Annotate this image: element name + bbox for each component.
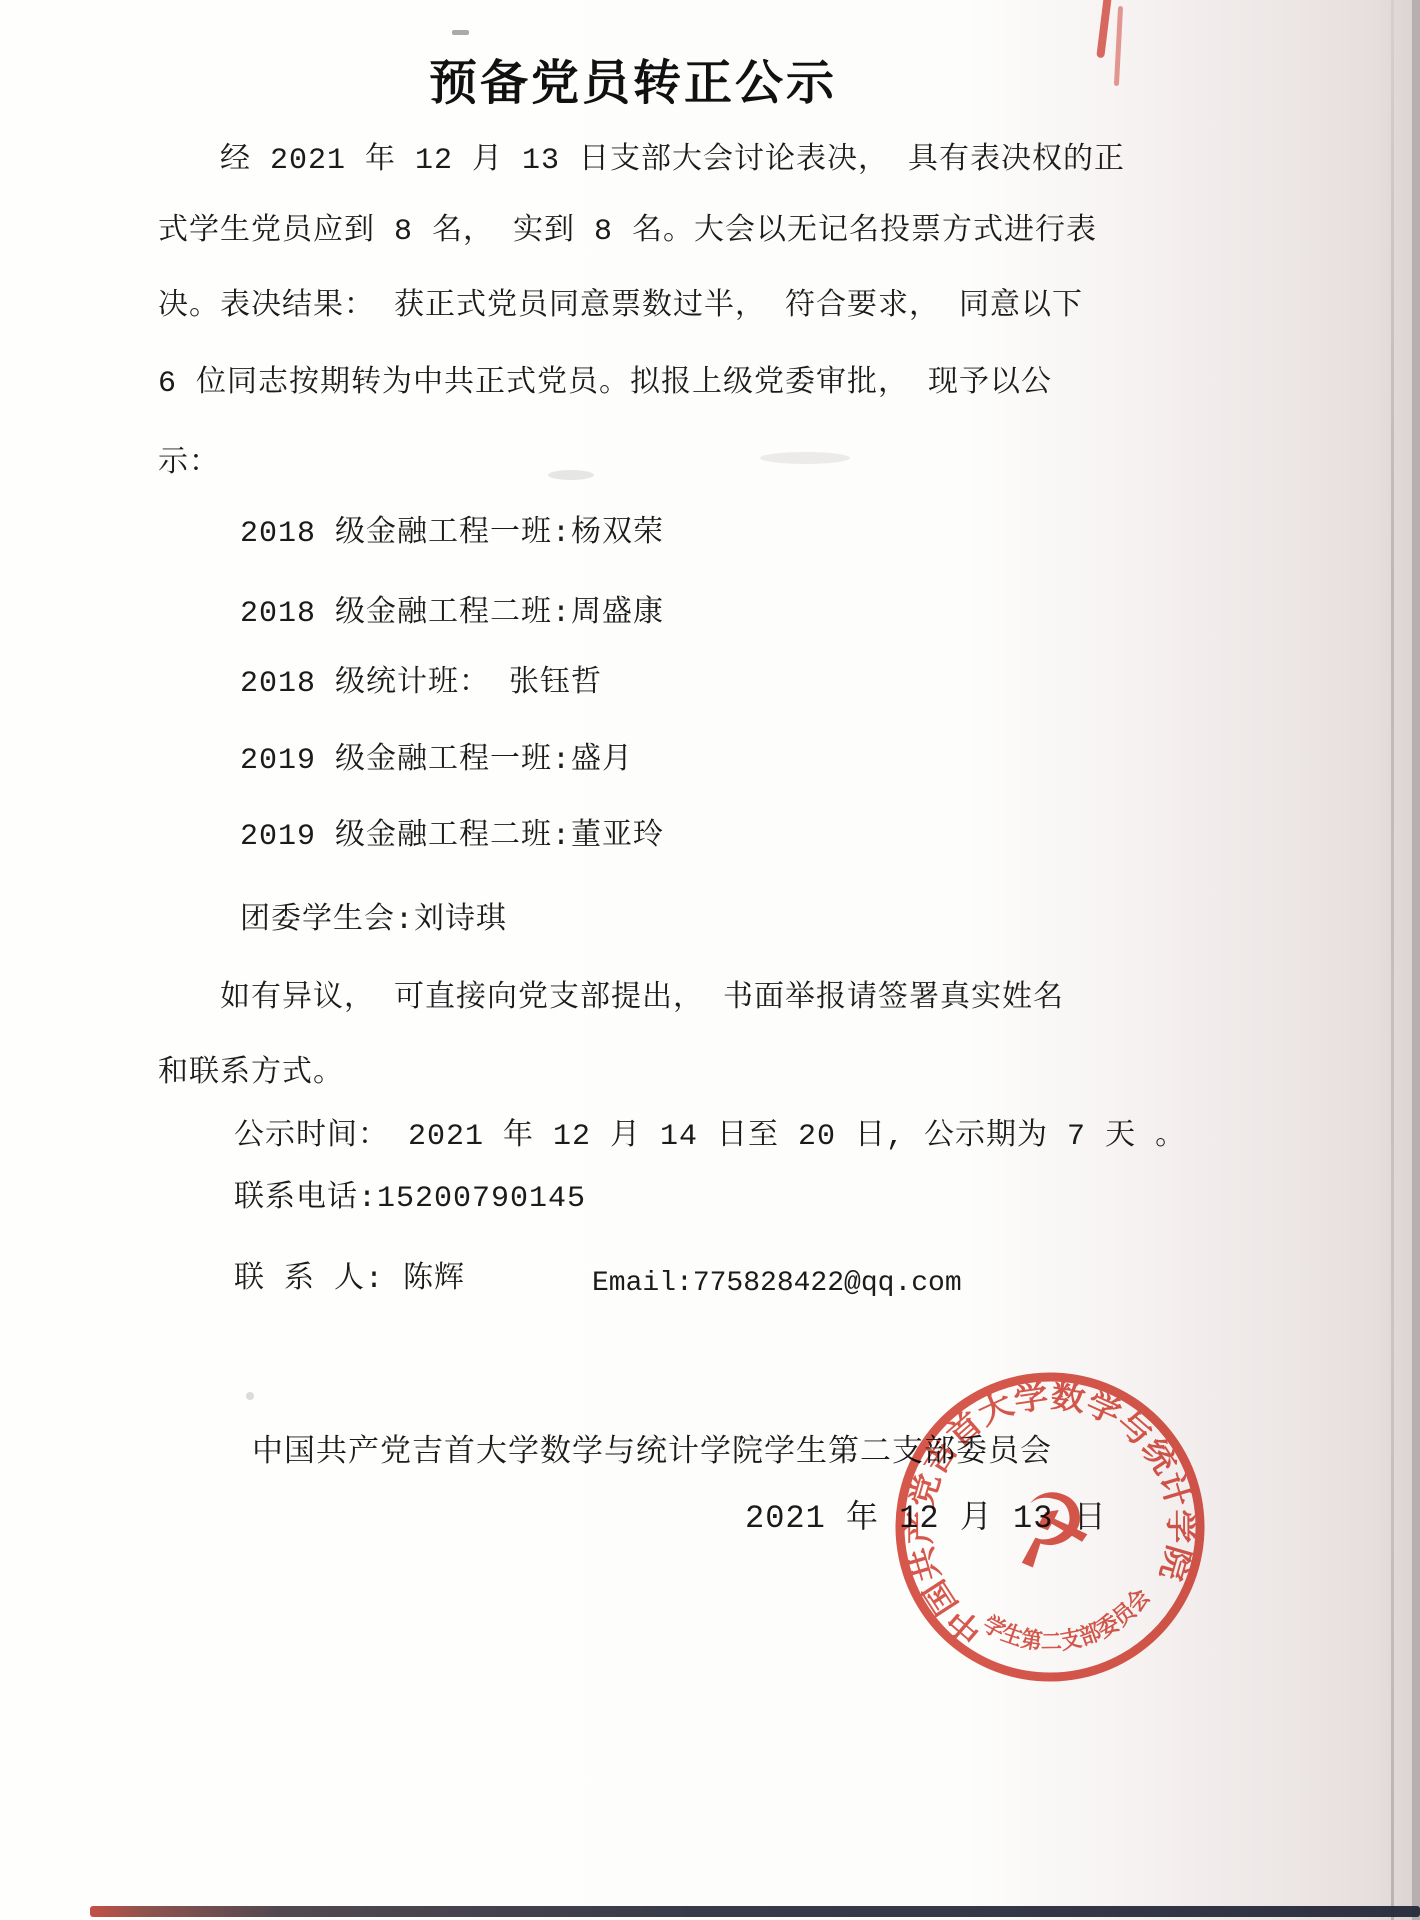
page-edge-shadow [1412, 0, 1420, 1920]
member-list-item: 2018 级金融工程二班:周盛康 [240, 592, 664, 636]
para1-line: 6 位同志按期转为中共正式党员。拟报上级党委审批， 现予以公 [158, 362, 1052, 406]
para1-line: 式学生党员应到 8 名， 实到 8 名。大会以无记名投票方式进行表 [158, 210, 1097, 254]
scan-speck [548, 470, 594, 480]
contact-email: Email:775828422@qq.com [592, 1262, 962, 1306]
paper-crease [1391, 0, 1394, 1920]
hammer-sickle-icon: ☭ [997, 1466, 1104, 1593]
scan-speck [760, 452, 850, 464]
para1-line: 决。表决结果： 获正式党员同意票数过半， 符合要求， 同意以下 [158, 285, 1083, 329]
official-seal-stamp: 中国共产党吉首大学数学与统计学院 学生第二支部委员会 ☭ [880, 1357, 1220, 1697]
member-list-item: 2019 级金融工程一班:盛月 [240, 739, 633, 783]
para2-line: 和联系方式。 [158, 1052, 344, 1096]
scan-speck [246, 1392, 254, 1400]
member-list-item: 2018 级金融工程一班:杨双荣 [240, 512, 664, 556]
para2-line: 如有异议， 可直接向党支部提出， 书面举报请签署真实姓名 [220, 977, 1064, 1021]
document-title: 预备党员转正公示 [58, 44, 1208, 113]
scanned-document-page: 预备党员转正公示 经 2021 年 12 月 13 日支部大会讨论表决， 具有表… [0, 0, 1420, 1920]
para1-line: 示： [158, 442, 220, 486]
contact-person-line: 联 系 人: 陈辉 [234, 1258, 465, 1302]
scan-bottom-edge [90, 1906, 1420, 1917]
member-list-item: 2019 级金融工程二班:董亚玲 [240, 815, 664, 859]
member-list-item: 2018 级统计班： 张钰哲 [240, 662, 602, 706]
notice-period-line: 公示时间： 2021 年 12 月 14 日至 20 日, 公示期为 7 天 。 [234, 1115, 1186, 1159]
phone-line: 联系电话:15200790145 [234, 1177, 586, 1221]
para1-line: 经 2021 年 12 月 13 日支部大会讨论表决， 具有表决权的正 [220, 139, 1125, 183]
scan-speck [452, 30, 469, 35]
member-list-item: 团委学生会:刘诗琪 [240, 899, 507, 943]
